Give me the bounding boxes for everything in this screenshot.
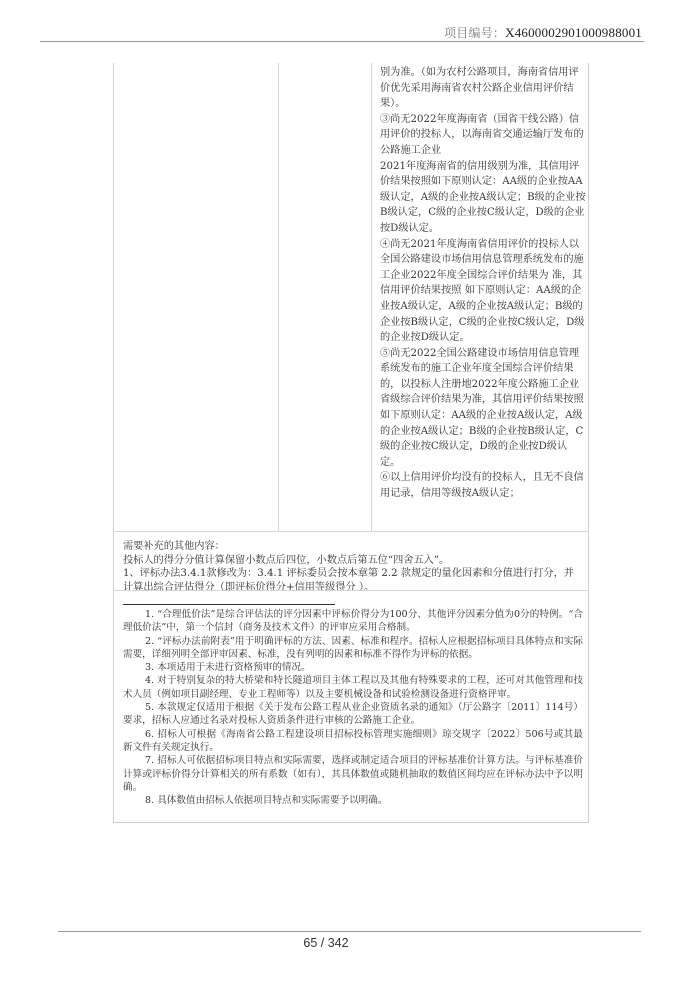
project-number-value: X4600002901000988001 [505,25,642,40]
criteria-paragraph: 2021年度海南省的信用级别为准，其信用评价结果按照如下原则认定：AA级的企业按… [380,159,586,237]
page-header: 项目编号：X4600002901000988001 [0,0,700,42]
footnote: 4. 对于特别复杂的特大桥梁和特长隧道项目主体工程以及其他有特殊要求的工程，还可… [123,674,583,701]
footnote: 6. 招标人可根据《海南省公路工程建设项目招标投标管理实施细则》琼交规字〔202… [123,728,583,755]
footnote: 5. 本款规定仅适用于根据《关于发布公路工程从业企业资质名录的通知》（厅公路字〔… [123,701,583,728]
criteria-paragraph: ⑥以上信用评价均没有的投标人，且无不良信用记录，信用等级按A级认定； [380,470,586,501]
footnote: 1. “合理低价法”是综合评估法的评分因素中评标价得分为100分、其他评分因素分… [123,608,583,635]
column-divider-1 [278,63,279,531]
criteria-paragraph: ③尚无2022年度海南省（国省干线公路）信用评价的投标人，以海南省交通运输厅发布… [380,112,586,159]
project-number-label: 项目编号： [444,26,505,40]
criteria-paragraph: ⑤尚无2022全国公路建设市场信用信息管理系统发布的施工企业年度全国综合评价结果… [380,346,586,471]
criteria-paragraph: 别为准。（如为农村公路项目，海南省信用评价优先采用海南省农村公路企业信用评价结果… [380,65,586,112]
footer-divider [58,931,641,932]
header-divider [40,41,644,42]
footnote: 8. 具体数值由招标人依据项目特点和实际需要予以明确。 [123,794,583,807]
page-indicator: 65 / 342 [303,936,348,950]
footnote: 2. “评标办法前附表”用于明确评标的方法、因素、标准和程序。招标人应根据招标项… [123,635,583,662]
column-divider-2 [371,63,372,531]
project-number-line: 项目编号：X4600002901000988001 [444,24,642,41]
footnote: 7. 招标人可依据招标项目特点和实际需要，选择或制定适合项目的评标基准价计算方法… [123,754,583,794]
supplement-title: 需要补充的其他内容： [123,540,583,554]
evaluation-table: 别为准。（如为农村公路项目，海南省信用评价优先采用海南省农村公路企业信用评价结果… [113,63,589,823]
supplement-line: 投标人的得分分值计算保留小数点后四位，小数点后第五位“四舍五入”。 [123,554,583,568]
page-number: 65 / 342 [0,936,700,950]
supplement-section: 需要补充的其他内容： 投标人的得分分值计算保留小数点后四位，小数点后第五位“四舍… [123,540,583,594]
footnotes-section: 1. “合理低价法”是综合评估法的评分因素中评标价得分为100分、其他评分因素分… [123,604,583,807]
footnote: 3. 本项适用于未进行资格预审的情况。 [123,661,583,674]
criteria-paragraph: ④尚无2021年度海南省信用评价的投标人以全国公路建设市场信用信息管理系统发布的… [380,237,586,346]
footnote-rule [123,604,335,605]
credit-rating-criteria-cell: 别为准。（如为农村公路项目，海南省信用评价优先采用海南省农村公路企业信用评价结果… [380,65,586,502]
row-divider [114,590,588,591]
row-divider [114,531,588,532]
